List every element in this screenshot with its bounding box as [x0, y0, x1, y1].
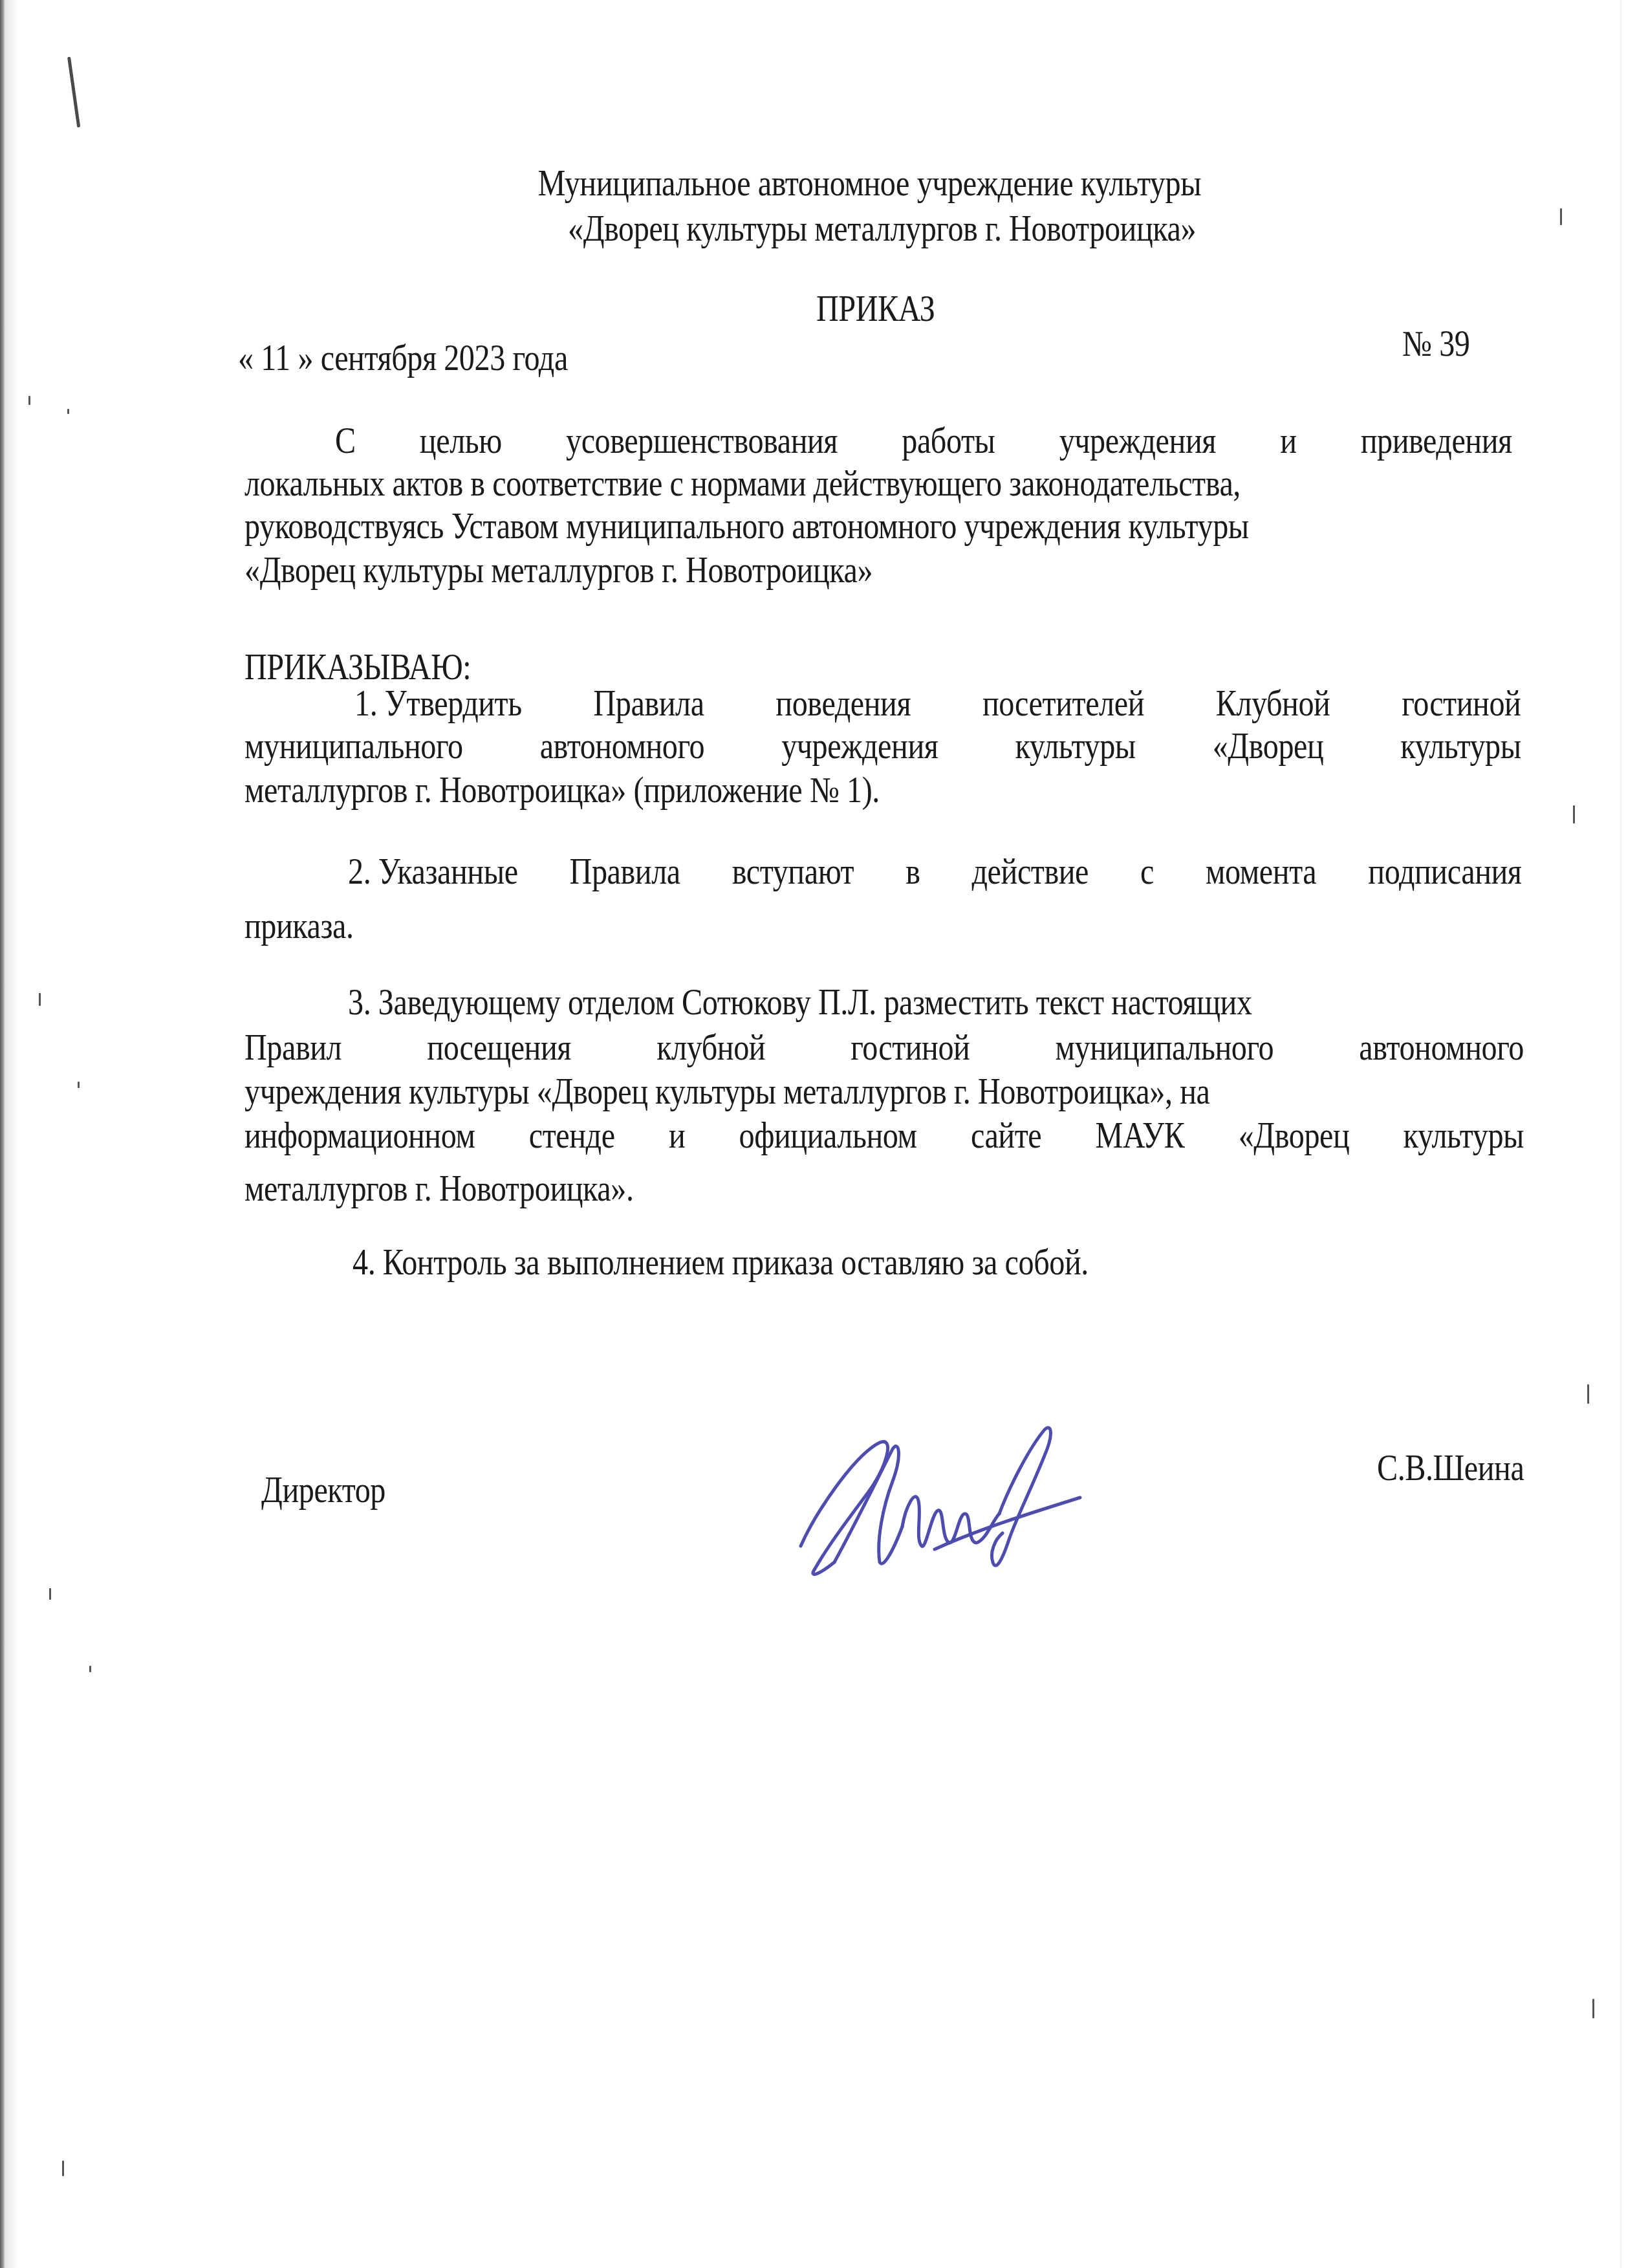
signature-icon: [789, 1417, 1093, 1578]
order-item-text: приказа.: [244, 906, 354, 947]
preamble-text: «Дворец культуры металлургов г. Новотрои…: [244, 550, 873, 591]
order-item-line-justified: 1. УтвердитьПравилаповеденияпосетителейК…: [354, 683, 1521, 725]
scan-speck: [39, 993, 41, 1006]
order-item-text: 4. Контроль за выполнением приказа остав…: [352, 1242, 1089, 1283]
preamble-line-justified: Сцельюусовершенствованияработыучреждения…: [335, 420, 1512, 462]
order-heading-text: ПРИКАЗЫВАЮ:: [244, 647, 471, 688]
order-item-text: металлургов г. Новотроицка» (приложение …: [244, 770, 880, 811]
order-item-line-justified: Правилпосещенияклубнойгостиноймуниципаль…: [244, 1027, 1524, 1069]
order-item-line: учреждения культуры «Дворец культуры мет…: [244, 1071, 1367, 1113]
document-number-text: № 39: [1402, 323, 1469, 365]
order-item-line: информационномстендеиофициальномсайтеМАУ…: [244, 1115, 1648, 1157]
order-item-line: металлургов г. Новотроицка» (приложение …: [244, 770, 983, 811]
document-number: № 39: [1391, 323, 1469, 365]
preamble-text: руководствуясь Уставом муниципального ав…: [244, 506, 1249, 547]
organization-name-line2: «Дворец культуры металлургов г. Новотрои…: [58, 208, 1648, 250]
preamble-line: локальных актов в соответствие с нормами…: [244, 463, 1403, 505]
handwritten-signature: [789, 1417, 1093, 1578]
order-item-line: 3. Заведующему отделом Сотюкову П.Л. раз…: [348, 982, 1399, 1023]
order-item-line: муниципальногоавтономногоучреждениякульт…: [244, 726, 1648, 767]
pen-mark: [67, 57, 80, 128]
order-item-line: металлургов г. Новотроицка».: [244, 1168, 697, 1210]
order-item-line-justified: 2. УказанныеПравилавступаютвдействиесмом…: [348, 851, 1522, 893]
scan-speck: [67, 409, 69, 414]
signatory-position-text: Директор: [261, 1470, 385, 1511]
preamble-line: Сцельюусовершенствованияработыучреждения…: [335, 420, 1512, 462]
preamble-line: руководствуясь Уставом муниципального ав…: [244, 506, 1413, 547]
scan-speck: [1587, 1384, 1589, 1404]
order-heading: ПРИКАЗЫВАЮ:: [244, 647, 508, 688]
document-date: « 11 » сентября 2023 года: [238, 338, 622, 379]
order-item-line-justified: муниципальногоавтономногоучреждениякульт…: [244, 726, 1521, 767]
scan-speck: [28, 396, 30, 405]
order-item-line: 4. Контроль за выполнением приказа остав…: [352, 1242, 1208, 1283]
organization-name-line1: Муниципальное автономное учреждение куль…: [45, 163, 1648, 204]
scanner-edge: [0, 0, 5, 2268]
scan-speck: [78, 1082, 80, 1088]
order-item-text: учреждения культуры «Дворец культуры мет…: [244, 1071, 1209, 1113]
signatory-name: С.В.Шеина: [1353, 1448, 1524, 1489]
preamble-line: «Дворец культуры металлургов г. Новотрои…: [244, 550, 975, 591]
signatory-name-text: С.В.Шеина: [1377, 1448, 1524, 1489]
order-item-line: 1. УтвердитьПравилаповеденияпосетителейК…: [354, 683, 1648, 725]
document-date-text: « 11 » сентября 2023 года: [238, 338, 568, 379]
scan-speck: [89, 1666, 91, 1672]
scan-speck: [1592, 1999, 1594, 2018]
document-type-text: ПРИКАЗ: [816, 289, 935, 330]
order-item-line: 2. УказанныеПравилавступаютвдействиесмом…: [348, 851, 1648, 893]
organization-name-text: Муниципальное автономное учреждение куль…: [537, 163, 1201, 204]
scan-speck: [49, 1588, 51, 1600]
scanner-edge-shadow: [5, 0, 18, 2268]
order-item-text: 3. Заведующему отделом Сотюкову П.Л. раз…: [348, 982, 1252, 1023]
preamble-text: локальных актов в соответствие с нормами…: [244, 463, 1241, 505]
scanned-document-page: Муниципальное автономное учреждение куль…: [0, 0, 1648, 2268]
scan-speck: [62, 2161, 64, 2176]
signatory-position: Директор: [261, 1470, 406, 1511]
order-item-line: приказа.: [244, 906, 371, 947]
order-item-text: металлургов г. Новотроицка».: [244, 1168, 634, 1210]
organization-name-text: «Дворец культуры металлургов г. Новотрои…: [568, 208, 1196, 250]
order-item-line: Правилпосещенияклубнойгостиноймуниципаль…: [244, 1027, 1648, 1069]
scan-speck: [1573, 805, 1575, 823]
order-item-line-justified: информационномстендеиофициальномсайтеМАУ…: [244, 1115, 1524, 1157]
